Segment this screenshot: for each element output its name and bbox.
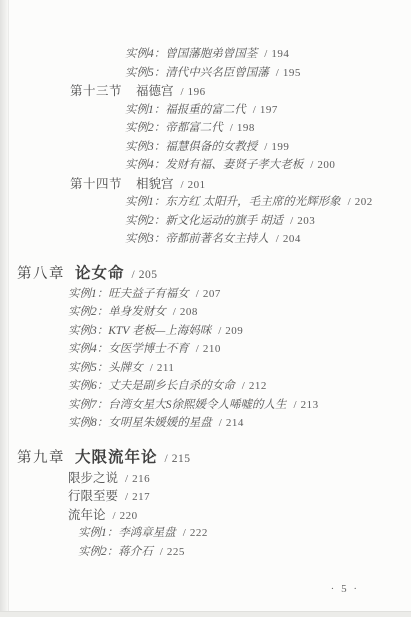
toc-entry: 第八章 论女命 / 205	[0, 263, 411, 285]
toc-entry: 实例5： 清代中兴名臣曾国藩 / 195	[0, 64, 411, 83]
toc-entry-page: 196	[188, 83, 206, 102]
page-separator: /	[294, 396, 297, 415]
toc-entry-page: 222	[190, 524, 208, 543]
toc-entry-title: 福慧俱备的女教授	[165, 138, 257, 157]
toc-entry-title: 女明星朱媛媛的星盘	[108, 414, 212, 433]
toc-entry-page: 197	[260, 101, 278, 120]
book-page: 实例4： 曾国藩胞弟曾国荃 / 194 实例5： 清代中兴名臣曾国藩 / 195…	[0, 0, 411, 617]
toc-entry-title: 头牌女	[108, 359, 143, 378]
toc-entry: 实例4： 女医学博士不育 / 210	[0, 340, 411, 359]
toc-entry-label: 第八章	[17, 263, 65, 285]
page-separator: /	[125, 488, 128, 507]
toc-entry-page: 213	[301, 396, 319, 415]
toc-entry-label: 实例2：	[68, 303, 108, 322]
page-separator: /	[196, 340, 199, 359]
toc-entry-title: 丈夫是副乡长自杀的女命	[108, 377, 235, 396]
toc-entry: 行限至要 / 217	[0, 487, 411, 506]
toc-entry: 实例7： 台湾女星大S徐熙媛令人唏嘘的人生 / 213	[0, 396, 411, 415]
toc-entry: 实例5： 头牌女 / 211	[0, 359, 411, 378]
scan-bottom-edge	[0, 611, 411, 617]
toc-entry-title: 大限流年论	[75, 447, 158, 469]
page-separator: /	[264, 45, 267, 64]
toc-entry: 实例3： KTV 老板—上海妈咪 / 209	[0, 322, 411, 341]
toc-entry: 实例4： 发财有福、妻贤子孝大老板 / 200	[0, 156, 411, 175]
page-separator: /	[181, 176, 184, 195]
toc-entry-page: 209	[225, 322, 243, 341]
toc-entry-title: 清代中兴名臣曾国藩	[165, 64, 269, 83]
toc-entry-page: 212	[249, 377, 267, 396]
page-separator: /	[160, 543, 163, 562]
toc-entry-page: 208	[180, 303, 198, 322]
toc-entry: 实例6： 丈夫是副乡长自杀的女命 / 212	[0, 377, 411, 396]
toc-entry-label: 实例4：	[125, 156, 165, 175]
toc-entry-title: 旺夫益子有福女	[108, 285, 189, 304]
page-separator: /	[132, 264, 135, 286]
page-separator: /	[181, 83, 184, 102]
toc-entry-page: 194	[271, 45, 289, 64]
toc-entry-label: 实例2：	[125, 119, 165, 138]
page-separator: /	[196, 285, 199, 304]
page-separator: /	[183, 524, 186, 543]
toc-entry-label: 实例1：	[68, 285, 108, 304]
toc-entry-title: 蒋介石	[118, 543, 153, 562]
toc-entry-page: 204	[283, 230, 301, 249]
toc-entry-label: 实例1：	[125, 193, 165, 212]
toc-entry: 实例1： 东方红 太阳升，毛主席的光辉形象 / 202	[0, 193, 411, 212]
toc-entry-label: 实例4：	[125, 45, 165, 64]
toc-entry-page: 220	[120, 507, 138, 526]
toc-entry-title: 发财有福、妻贤子孝大老板	[165, 156, 303, 175]
toc-entry-page: 214	[226, 414, 244, 433]
toc-entry: 实例2： 蒋介石 / 225	[0, 543, 411, 562]
toc-entry: 实例1： 福报重的富二代 / 197	[0, 101, 411, 120]
toc-entry-title: 东方红 太阳升，毛主席的光辉形象	[165, 193, 340, 212]
toc-entry-title: 新文化运动的旗手 胡适	[165, 212, 283, 231]
toc-entry-title: 限步之说	[68, 469, 118, 488]
toc-entry-title: 曾国藩胞弟曾国荃	[165, 45, 257, 64]
toc-entry-label: 第九章	[17, 447, 65, 469]
toc-entry-page: 207	[203, 285, 221, 304]
toc-entry: 流年论 / 220	[0, 506, 411, 525]
toc-entry-label: 实例5：	[68, 359, 108, 378]
toc-entry-label: 实例8：	[68, 414, 108, 433]
toc-entry-title: 相貌宫	[136, 175, 174, 194]
toc-entry-label: 第十三节	[70, 82, 122, 101]
toc-entry-label: 实例1：	[125, 101, 165, 120]
toc-entry-page: 195	[283, 64, 301, 83]
toc-entry: 实例1： 旺夫益子有福女 / 207	[0, 285, 411, 304]
toc-entry-label: 实例5：	[125, 64, 165, 83]
toc-entry-page: 199	[271, 138, 289, 157]
toc-entry-page: 210	[203, 340, 221, 359]
page-separator: /	[219, 414, 222, 433]
toc-entry: 实例3： 福慧俱备的女教授 / 199	[0, 138, 411, 157]
page-separator: /	[113, 507, 116, 526]
toc-entry-label: 实例4：	[68, 340, 108, 359]
page-separator: /	[253, 101, 256, 120]
toc-entry: 第十四节 相貌宫 / 201	[0, 175, 411, 194]
toc-entry-label: 实例3：	[68, 322, 108, 341]
toc-entry-title: 流年论	[68, 506, 106, 525]
page-number: · 5 ·	[331, 583, 359, 595]
toc-entry-page: 201	[188, 176, 206, 195]
toc-entry-title: 行限至要	[68, 487, 118, 506]
toc-entry: 实例2： 单身发财女 / 208	[0, 303, 411, 322]
toc-entry: 实例2： 帝都富二代 / 198	[0, 119, 411, 138]
toc-entry: 限步之说 / 216	[0, 469, 411, 488]
toc-entry-page: 203	[297, 212, 315, 231]
toc-entry: 实例8： 女明星朱媛媛的星盘 / 214	[0, 414, 411, 433]
toc-entry-label: 实例3：	[125, 230, 165, 249]
toc-entry-title: 单身发财女	[108, 303, 166, 322]
toc-entry-page: 215	[172, 448, 191, 470]
toc-entry: 实例1： 李鸿章星盘 / 222	[0, 524, 411, 543]
page-separator: /	[276, 230, 279, 249]
toc-entry-label: 实例2：	[125, 212, 165, 231]
toc-entry-page: 202	[355, 193, 373, 212]
toc-entry: 实例4： 曾国藩胞弟曾国荃 / 194	[0, 45, 411, 64]
toc-entry-title: 帝都富二代	[165, 119, 223, 138]
toc-entry-title: 台湾女星大S徐熙媛令人唏嘘的人生	[108, 396, 286, 415]
toc-entry-label: 实例3：	[125, 138, 165, 157]
toc-entry-page: 216	[132, 470, 150, 489]
page-separator: /	[348, 193, 351, 212]
toc-entry-label: 第十四节	[70, 175, 122, 194]
page-separator: /	[218, 322, 221, 341]
toc-entry-title: 帝都前著名女主持人	[165, 230, 269, 249]
toc-entry-title: 福德宫	[136, 82, 174, 101]
toc-entry-page: 225	[167, 543, 185, 562]
page-separator: /	[264, 138, 267, 157]
toc-entry-page: 198	[237, 119, 255, 138]
page-separator: /	[165, 448, 168, 470]
page-separator: /	[150, 359, 153, 378]
toc-entry-title: 论女命	[75, 263, 125, 285]
page-separator: /	[310, 156, 313, 175]
toc-entry-title: 女医学博士不育	[108, 340, 189, 359]
toc-entry-label: 实例2：	[78, 543, 118, 562]
toc-entry: 实例3： 帝都前著名女主持人 / 204	[0, 230, 411, 249]
toc-entry-page: 217	[132, 488, 150, 507]
page-separator: /	[125, 470, 128, 489]
page-separator: /	[230, 119, 233, 138]
toc-entry-label: 实例7：	[68, 396, 108, 415]
page-separator: /	[173, 303, 176, 322]
toc-entry-title: KTV 老板—上海妈咪	[108, 322, 211, 341]
toc-entry-page: 205	[139, 264, 158, 286]
toc-entry: 第九章 大限流年论 / 215	[0, 447, 411, 469]
toc-entry-title: 福报重的富二代	[165, 101, 246, 120]
toc-entry-label: 实例1：	[78, 524, 118, 543]
toc-entry: 实例2： 新文化运动的旗手 胡适 / 203	[0, 212, 411, 231]
toc-entry-page: 200	[317, 156, 335, 175]
table-of-contents: 实例4： 曾国藩胞弟曾国荃 / 194 实例5： 清代中兴名臣曾国藩 / 195…	[0, 45, 411, 561]
toc-entry-title: 李鸿章星盘	[118, 524, 176, 543]
toc-entry: 第十三节 福德宫 / 196	[0, 82, 411, 101]
toc-entry-label: 实例6：	[68, 377, 108, 396]
toc-entry-page: 211	[157, 359, 175, 378]
page-separator: /	[276, 64, 279, 83]
page-separator: /	[290, 212, 293, 231]
page-separator: /	[242, 377, 245, 396]
